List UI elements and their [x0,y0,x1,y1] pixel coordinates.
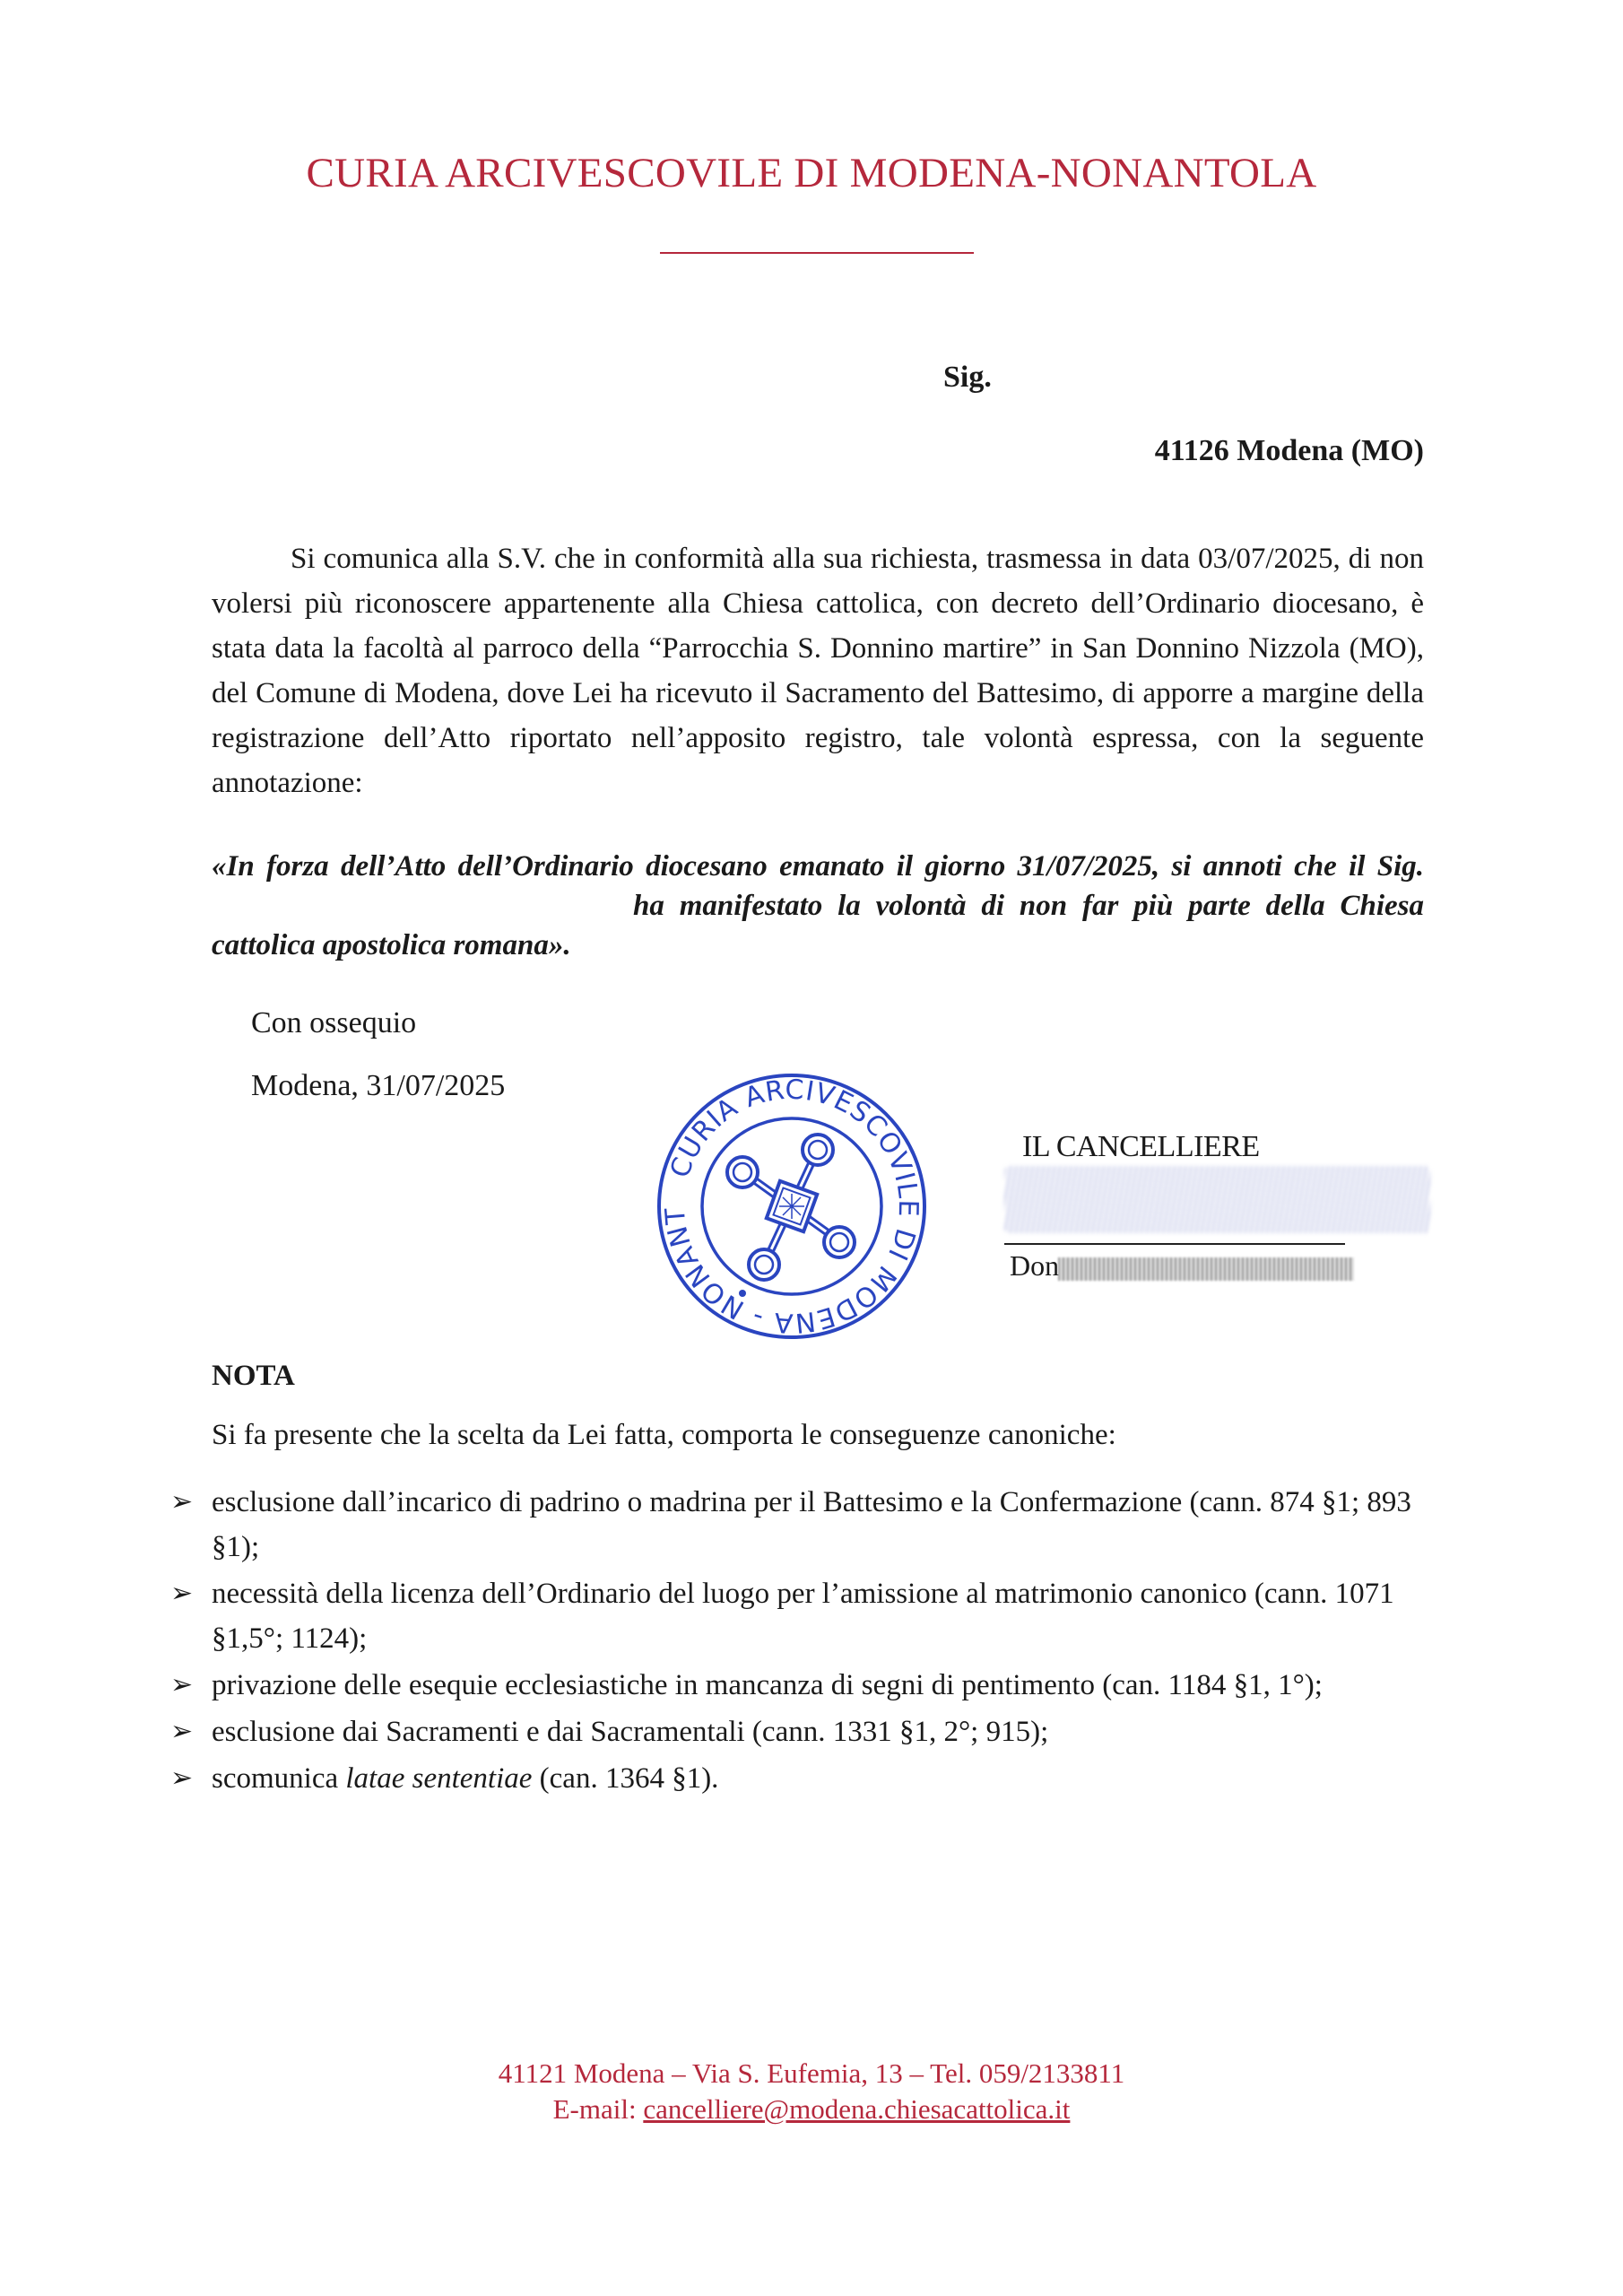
list-item: ➢esclusione dai Sacramenti e dai Sacrame… [170,1709,1426,1754]
email-label: E-mail: [553,2093,644,2125]
list-item: ➢esclusione dall’incarico di padrino o m… [170,1480,1426,1570]
redacted-signature [1004,1166,1430,1233]
list-item: ➢privazione delle esequie ecclesiastiche… [170,1663,1426,1708]
arrow-bullet-icon: ➢ [170,1709,193,1754]
letterhead-title: CURIA ARCIVESCOVILE DI MODENA-NONANTOLA [0,149,1623,197]
recipient-address: 41126 Modena (MO) [1155,434,1424,468]
place-date: Modena, 31/07/2025 [251,1069,505,1103]
nota-intro: Si fa presente che la scelta da Lei fatt… [212,1419,1116,1452]
signature-line [1004,1243,1345,1245]
list-item: ➢necessità della licenza dell’Ordinario … [170,1571,1426,1661]
arrow-bullet-icon: ➢ [170,1663,193,1708]
email-link[interactable]: cancelliere@modena.chiesacattolica.it [643,2093,1070,2125]
letterhead-divider [660,252,974,254]
annotation-part-1: «In forza dell’Atto dell’Ordinario dioce… [212,850,1424,883]
consequences-list: ➢esclusione dall’incarico di padrino o m… [170,1480,1426,1803]
arrow-bullet-icon: ➢ [170,1756,193,1801]
list-item: ➢scomunica latae sententiae (can. 1364 §… [170,1756,1426,1801]
footer-address: 41121 Modena – Via S. Eufemia, 13 – Tel.… [0,2056,1623,2092]
body-paragraph: Si comunica alla S.V. che in conformità … [212,536,1424,805]
footer: 41121 Modena – Via S. Eufemia, 13 – Tel.… [0,2056,1623,2127]
annotation-part-2: ha manifestato la volontà di non far più… [212,890,1424,961]
signer-name-prefix: Don [1010,1249,1059,1283]
signer-title: IL CANCELLIERE [1022,1130,1260,1164]
stamp-seal-icon: CURIA ARCIVESCOVILE DI MODENA - NONANTOL… [653,1067,931,1345]
arrow-bullet-icon: ➢ [170,1571,193,1616]
recipient-salutation: Sig. [943,361,992,395]
closing-greeting: Con ossequio [251,1006,416,1040]
nota-heading: NOTA [212,1360,295,1393]
annotation-quote: «In forza dell’Atto dell’Ordinario dioce… [212,847,1424,965]
arrow-bullet-icon: ➢ [170,1480,193,1525]
official-stamp: CURIA ARCIVESCOVILE DI MODENA - NONANTOL… [653,1067,931,1345]
redacted-signer-name [1058,1257,1354,1281]
footer-email-row: E-mail: cancelliere@modena.chiesacattoli… [0,2092,1623,2127]
